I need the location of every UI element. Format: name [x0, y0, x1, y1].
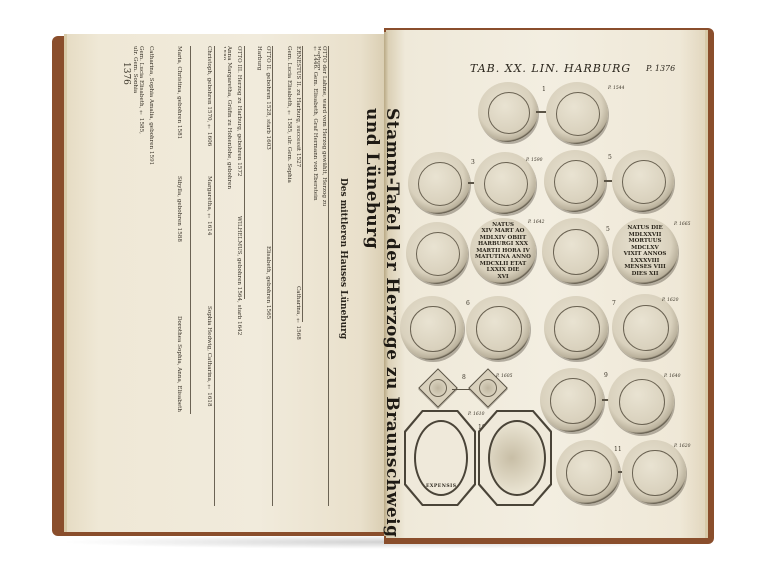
- table-cell: OTTO III. Herzog zu Harburg, gebohren 15…: [232, 46, 242, 196]
- table-rule: [272, 46, 273, 506]
- table-cell: OTTO II. gebohren 1528, starb 1603: [262, 46, 271, 176]
- genealogy-subtitle: Des mittleren Hauses Lüneburg: [338, 178, 348, 339]
- coin-11-obverse: [556, 440, 620, 504]
- coin-5-reverse: [612, 150, 674, 212]
- table-cell: Sophia Hedwig, Catharina, † 1618: [202, 306, 212, 436]
- coin-number: 7: [612, 300, 616, 307]
- coin-number: 8: [462, 374, 466, 381]
- coin-3-obverse: [408, 152, 470, 214]
- coin-page-mark: P. 1665: [674, 222, 690, 227]
- coin-page-mark: P. 1642: [528, 220, 544, 225]
- table-rule: [190, 46, 191, 414]
- coin-11-reverse: [622, 440, 686, 504]
- table-rule: [302, 46, 303, 322]
- coin-6-obverse: [400, 296, 464, 360]
- table-cell: Dorothea Sophia, Anna, Elisabeth: [172, 316, 182, 446]
- table-cell: Gem. Lucia Elisabeth, † 1585, ulr. Gem. …: [134, 46, 144, 136]
- coin-number: 11: [614, 446, 622, 453]
- coin-link: [604, 180, 612, 182]
- table-cell: Gem. Lucia Elisabeth, † 1585, ulr. Gem. …: [284, 46, 292, 246]
- coin-number: 5: [608, 154, 612, 161]
- coin-number: 6: [466, 300, 470, 307]
- coin-4-inscription: NATUS XIV MART AO MDLXIV OBIIT HARBURGI …: [470, 218, 536, 284]
- table-cell: † 1446. Gem. Elisabeth, Graf Hermann von…: [310, 46, 318, 216]
- table-cell: OTTO der Lahme, ward vom Herzog gewählt,…: [318, 46, 327, 216]
- coin-4-obverse: [406, 222, 468, 284]
- coin-number: 3: [471, 159, 475, 166]
- coin-1-obverse: [478, 82, 538, 142]
- coin-number: 1: [542, 86, 546, 93]
- coin-page-mark: P. 1640: [664, 374, 680, 379]
- table-cell: Anna Margaretha, Gräfin zu Hohenlohe, ge…: [224, 46, 232, 196]
- coin-page-mark: P. 1605: [496, 374, 512, 379]
- coin-page-mark: P. 1620: [662, 298, 678, 303]
- coin-7-obverse: [544, 296, 608, 360]
- coin-7-reverse: [612, 294, 678, 360]
- coin-1-reverse: [546, 82, 608, 144]
- table-rule: [214, 46, 215, 506]
- table-cell: Margaretha, † 1614: [202, 176, 212, 286]
- table-cell: Maria, Christina, gebohren 1581: [172, 46, 182, 156]
- table-cell: ERNESTUS II. zu Harburg, successit 1527: [292, 46, 301, 246]
- table-rule: [244, 46, 245, 299]
- coin-6-reverse: [466, 296, 530, 360]
- coin-number: 9: [604, 372, 608, 379]
- table-cell: Harburg: [254, 46, 262, 176]
- genealogy-table: OTTO der Lahme, ward vom Herzog gewählt,…: [132, 46, 334, 506]
- coin-link: [452, 389, 470, 390]
- coin-5-obverse: [544, 150, 606, 212]
- coin-link: [536, 111, 546, 113]
- table-cell: Elisabeth, gebohren 1565: [262, 246, 271, 406]
- plate-title: TAB. XX. LIN. HARBURG: [470, 62, 631, 75]
- table-cell: Sibylla, gebohren 1588: [172, 176, 182, 296]
- medal-oval-scene: [488, 420, 546, 496]
- medal-label: EXPENSIS: [426, 484, 456, 489]
- plate-page-ref: P. 1376: [646, 64, 675, 73]
- coin-page-mark: P. 1590: [526, 158, 542, 163]
- genealogy-title: Stamm-Tafel der Herzoge zu Braunschweig …: [362, 108, 402, 569]
- coin-page-mark: P. 1620: [674, 444, 690, 449]
- coin-page-mark: P. 1544: [608, 86, 624, 91]
- table-cell: WILHELMUS, gebohren 1564, starb 1642: [232, 216, 242, 336]
- coin-5-inscription: NATUS DIE MDLXXVII MORTUUS MDCLXV VIXIT …: [612, 218, 678, 284]
- table-cell: Christoph, gebohren 1570, † 1606: [202, 46, 212, 156]
- coin-arms: [542, 218, 608, 284]
- table-cell: Catharina, † 1568: [292, 286, 301, 406]
- coin-number: 5: [606, 226, 610, 233]
- table-rule: [328, 46, 329, 506]
- coin-inscription: NATUS XIV MART AO MDLXIV OBIIT HARBURGI …: [470, 218, 536, 284]
- coin-page-mark: P. 1610: [468, 412, 484, 417]
- coin-9-obverse: [540, 368, 604, 432]
- table-cell: Catharina, Sophia Amalia, gebohren 1591: [144, 46, 154, 186]
- coin-inscription: NATUS DIE MDLXXVII MORTUUS MDCLXV VIXIT …: [612, 218, 678, 284]
- left-page-number: 1376: [121, 62, 131, 85]
